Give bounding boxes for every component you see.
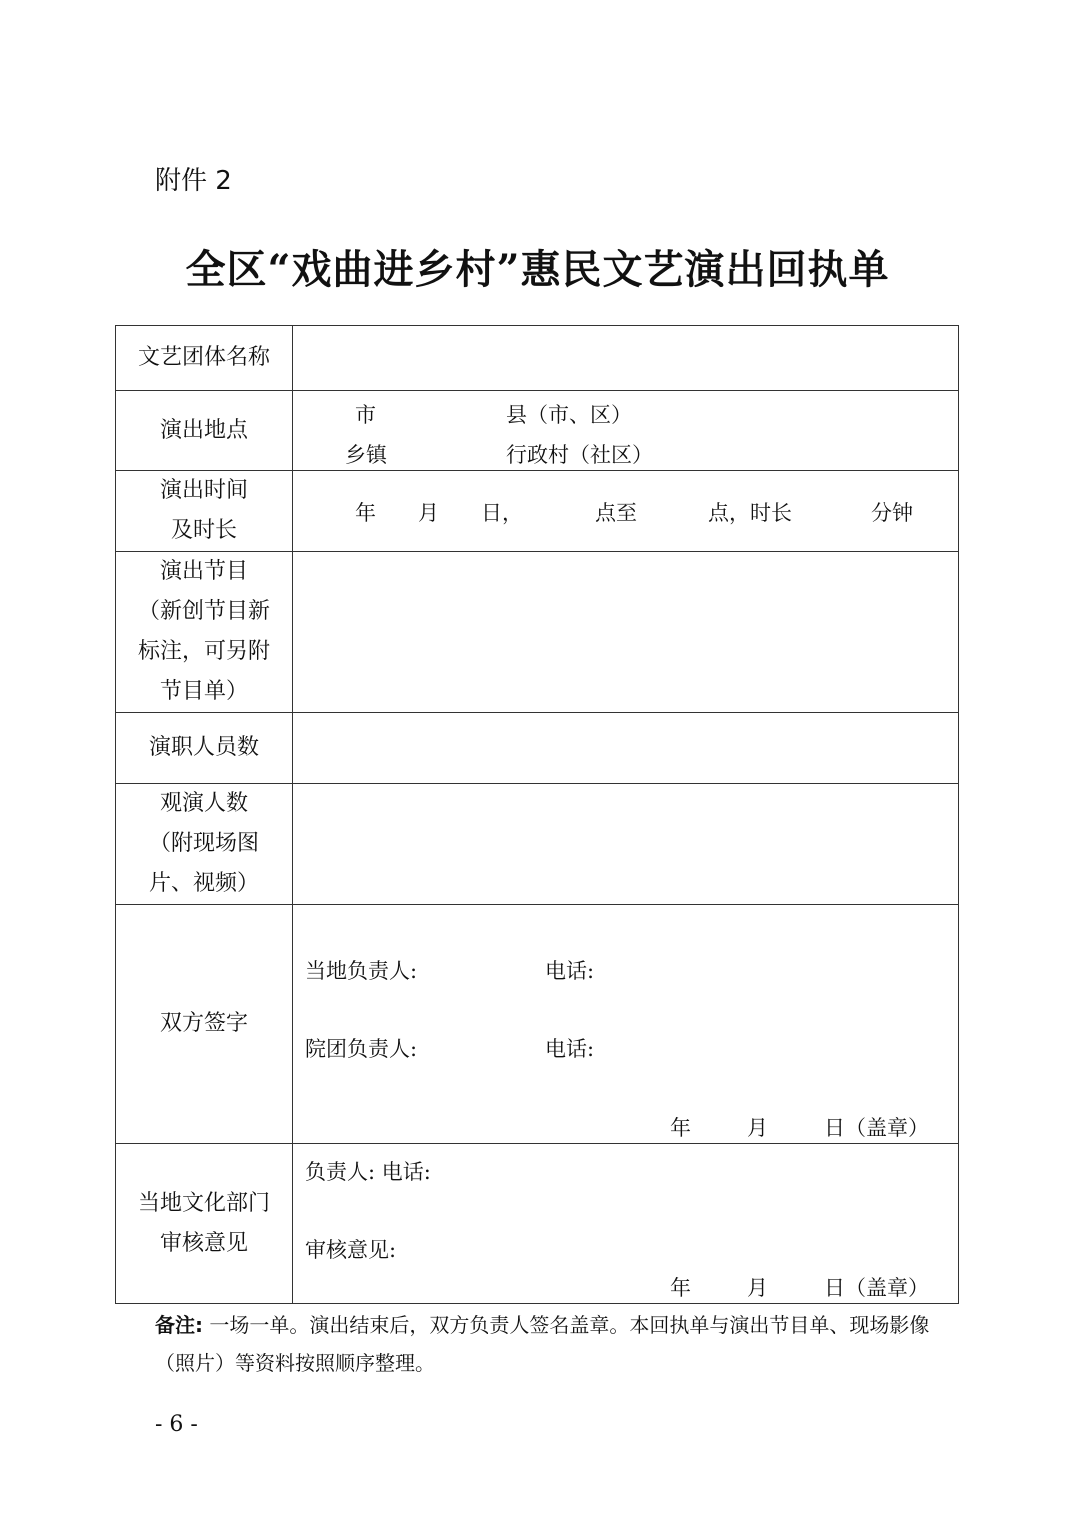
field-time[interactable]: 年 月 日， 点至 点，时长 分钟 <box>293 471 959 552</box>
venue-county: 县（市、区） <box>506 399 632 429</box>
label-review-line2: 审核意见 <box>116 1224 292 1264</box>
venue-township: 乡镇 <box>345 439 387 469</box>
label-review: 当地文化部门 审核意见 <box>116 1144 293 1304</box>
label-time-line2: 及时长 <box>116 511 292 551</box>
time-minutes: 分钟 <box>871 497 913 527</box>
label-program-line3: 标注，可另附 <box>116 632 292 672</box>
label-review-line1: 当地文化部门 <box>116 1184 292 1224</box>
time-month: 月 <box>418 497 439 527</box>
field-program[interactable] <box>293 552 959 713</box>
sign-date-month: 月 <box>747 1112 768 1142</box>
label-program: 演出节目 （新创节目新 标注，可另附 节目单） <box>116 552 293 713</box>
venue-city: 市 <box>355 399 376 429</box>
label-venue: 演出地点 <box>116 391 293 471</box>
field-performers[interactable] <box>293 713 959 784</box>
row-troupe-name: 文艺团体名称 <box>116 326 959 391</box>
troupe-person-label: 院团负责人: <box>305 1033 417 1063</box>
footnote-text: 一场一单。演出结束后，双方负责人签名盖章。本回执单与演出节目单、现场影像（照片）… <box>155 1313 929 1375</box>
review-date-month: 月 <box>747 1272 768 1302</box>
attachment-label: 附件 2 <box>155 160 232 197</box>
field-audience[interactable] <box>293 784 959 905</box>
footnote: 备注: 一场一单。演出结束后，双方负责人签名盖章。本回执单与演出节目单、现场影像… <box>155 1306 945 1382</box>
field-review[interactable]: 负责人: 电话: 审核意见: 年 月 日（盖章） <box>293 1144 959 1304</box>
sign-date-year: 年 <box>670 1112 691 1142</box>
local-person-label: 当地负责人: <box>305 955 417 985</box>
row-venue: 演出地点 市 县（市、区） 乡镇 行政村（社区） <box>116 391 959 471</box>
field-signatures[interactable]: 当地负责人: 电话: 院团负责人: 电话: 年 月 日（盖章） <box>293 905 959 1144</box>
page-number: - 6 - <box>155 1412 198 1437</box>
label-performers: 演职人员数 <box>116 713 293 784</box>
label-program-line4: 节目单） <box>116 672 292 712</box>
footnote-prefix: 备注: <box>155 1313 203 1337</box>
time-to: 点，时长 <box>708 497 792 527</box>
time-day: 日， <box>481 497 523 527</box>
page-title: 全区“戏曲进乡村”惠民文艺演出回执单 <box>0 238 1075 295</box>
review-date-year: 年 <box>670 1272 691 1302</box>
label-time-line1: 演出时间 <box>116 471 292 511</box>
time-year: 年 <box>355 497 376 527</box>
label-troupe-name: 文艺团体名称 <box>116 326 293 391</box>
row-program: 演出节目 （新创节目新 标注，可另附 节目单） <box>116 552 959 713</box>
label-signatures: 双方签字 <box>116 905 293 1144</box>
time-from: 点至 <box>595 497 637 527</box>
label-program-line1: 演出节目 <box>116 552 292 592</box>
local-phone-label: 电话: <box>545 955 594 985</box>
troupe-phone-label: 电话: <box>545 1033 594 1063</box>
review-person-phone-label: 负责人: 电话: <box>305 1156 431 1186</box>
row-time: 演出时间 及时长 年 月 日， 点至 点，时长 分钟 <box>116 471 959 552</box>
label-audience: 观演人数 （附现场图 片、视频） <box>116 784 293 905</box>
label-audience-line1: 观演人数 <box>116 784 292 824</box>
row-review: 当地文化部门 审核意见 负责人: 电话: 审核意见: 年 月 日（盖章） <box>116 1144 959 1304</box>
label-time: 演出时间 及时长 <box>116 471 293 552</box>
row-performers: 演职人员数 <box>116 713 959 784</box>
review-date-day-seal: 日（盖章） <box>824 1272 929 1302</box>
field-troupe-name[interactable] <box>293 326 959 391</box>
venue-village: 行政村（社区） <box>506 439 653 469</box>
label-program-line2: （新创节目新 <box>116 592 292 632</box>
receipt-form-table: 文艺团体名称 演出地点 市 县（市、区） 乡镇 行政村（社区） 演出时间 及时长… <box>115 325 959 1304</box>
review-opinion-label: 审核意见: <box>305 1234 396 1264</box>
row-signatures: 双方签字 当地负责人: 电话: 院团负责人: 电话: 年 月 日（盖章） <box>116 905 959 1144</box>
label-audience-line3: 片、视频） <box>116 864 292 904</box>
label-audience-line2: （附现场图 <box>116 824 292 864</box>
field-venue[interactable]: 市 县（市、区） 乡镇 行政村（社区） <box>293 391 959 471</box>
row-audience: 观演人数 （附现场图 片、视频） <box>116 784 959 905</box>
sign-date-day-seal: 日（盖章） <box>824 1112 929 1142</box>
